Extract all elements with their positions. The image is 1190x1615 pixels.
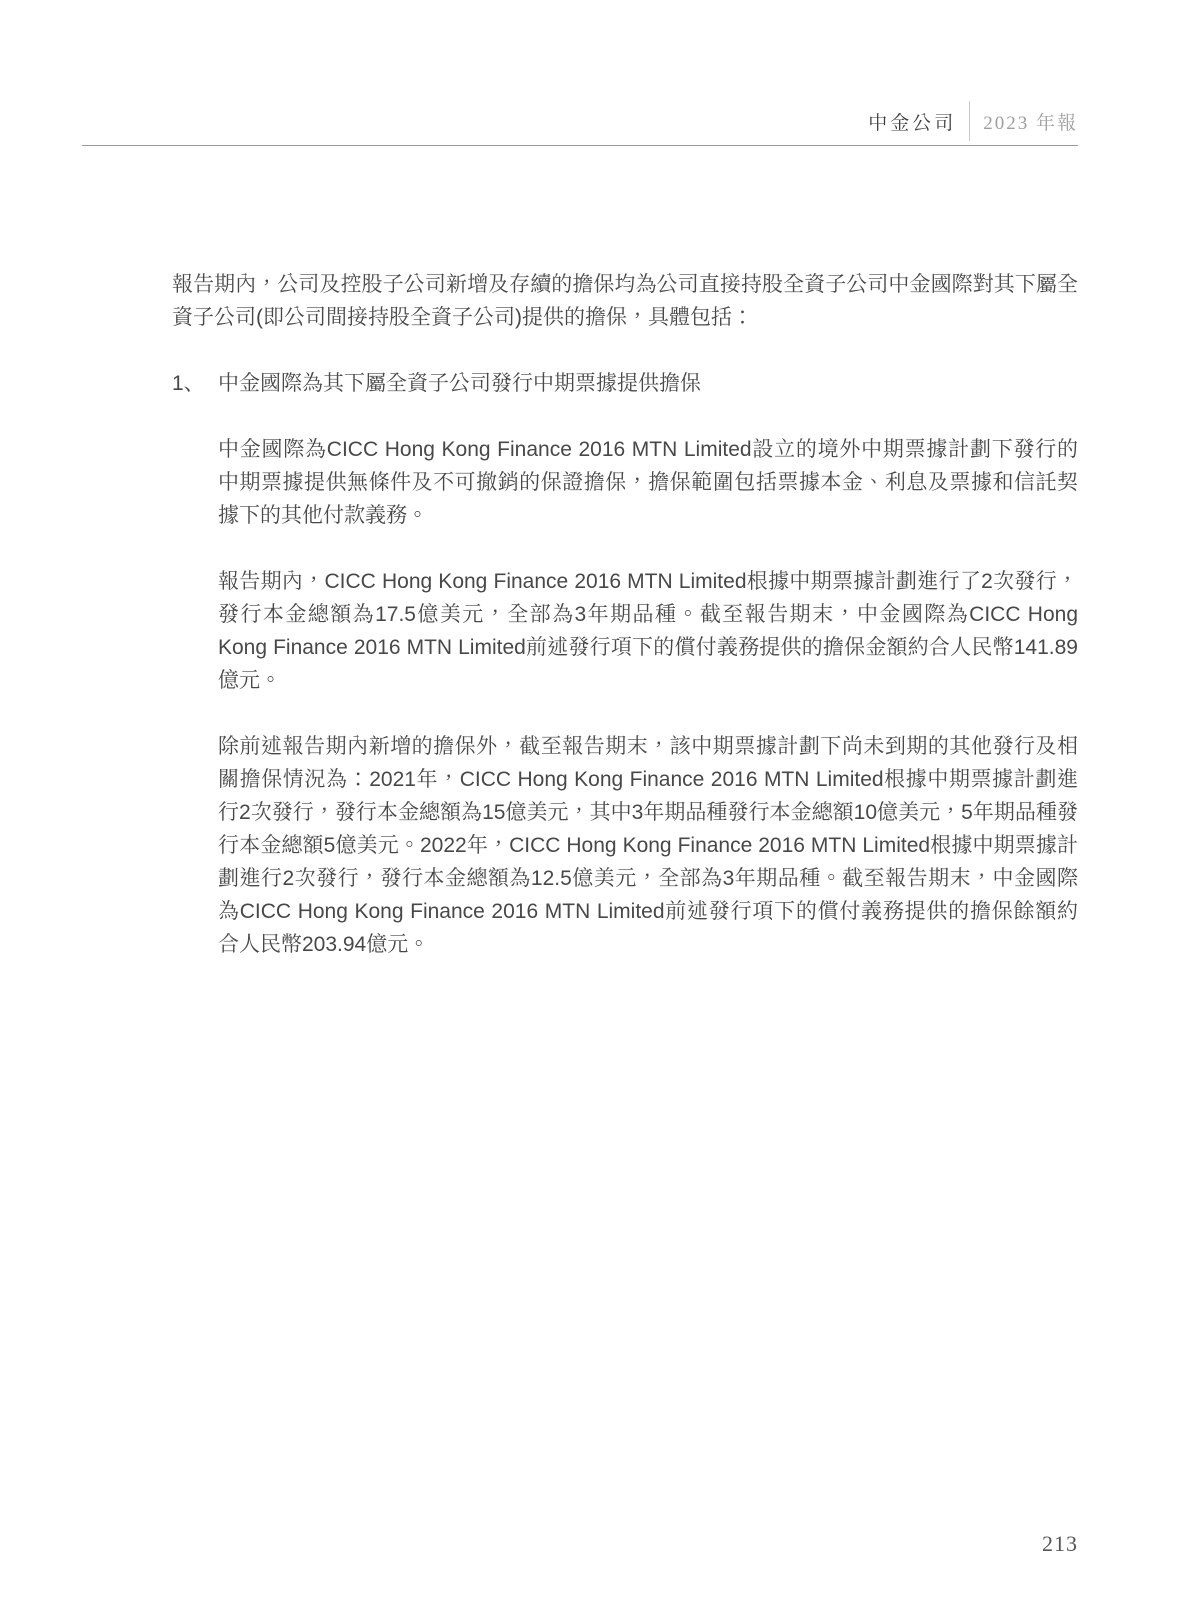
list-item-number: 1、 bbox=[172, 367, 218, 400]
paragraph-reporting-period-issuance: 報告期內，CICC Hong Kong Finance 2016 MTN Lim… bbox=[218, 565, 1078, 697]
page-header: 中金公司 2023 年報 bbox=[82, 101, 1078, 141]
header-rule bbox=[82, 145, 1078, 146]
document-body: 報告期內，公司及控股子公司新增及存續的擔保均為公司直接持股全資子公司中金國際對其… bbox=[172, 268, 1078, 961]
list-item-title: 中金國際為其下屬全資子公司發行中期票據提供擔保 bbox=[218, 367, 1078, 400]
paragraph-guarantee-scope: 中金國際為CICC Hong Kong Finance 2016 MTN Lim… bbox=[218, 433, 1078, 532]
header-divider bbox=[969, 101, 970, 141]
page-number: 213 bbox=[82, 1531, 1078, 1557]
intro-paragraph: 報告期內，公司及控股子公司新增及存續的擔保均為公司直接持股全資子公司中金國際對其… bbox=[172, 268, 1078, 334]
list-item-1-heading: 1、 中金國際為其下屬全資子公司發行中期票據提供擔保 bbox=[172, 367, 1078, 400]
paragraph-prior-issuances: 除前述報告期內新增的擔保外，截至報告期末，該中期票據計劃下尚未到期的其他發行及相… bbox=[218, 730, 1078, 961]
company-name: 中金公司 bbox=[868, 108, 956, 135]
item-1-paragraphs: 中金國際為CICC Hong Kong Finance 2016 MTN Lim… bbox=[218, 433, 1078, 961]
report-title: 2023 年報 bbox=[983, 108, 1078, 135]
